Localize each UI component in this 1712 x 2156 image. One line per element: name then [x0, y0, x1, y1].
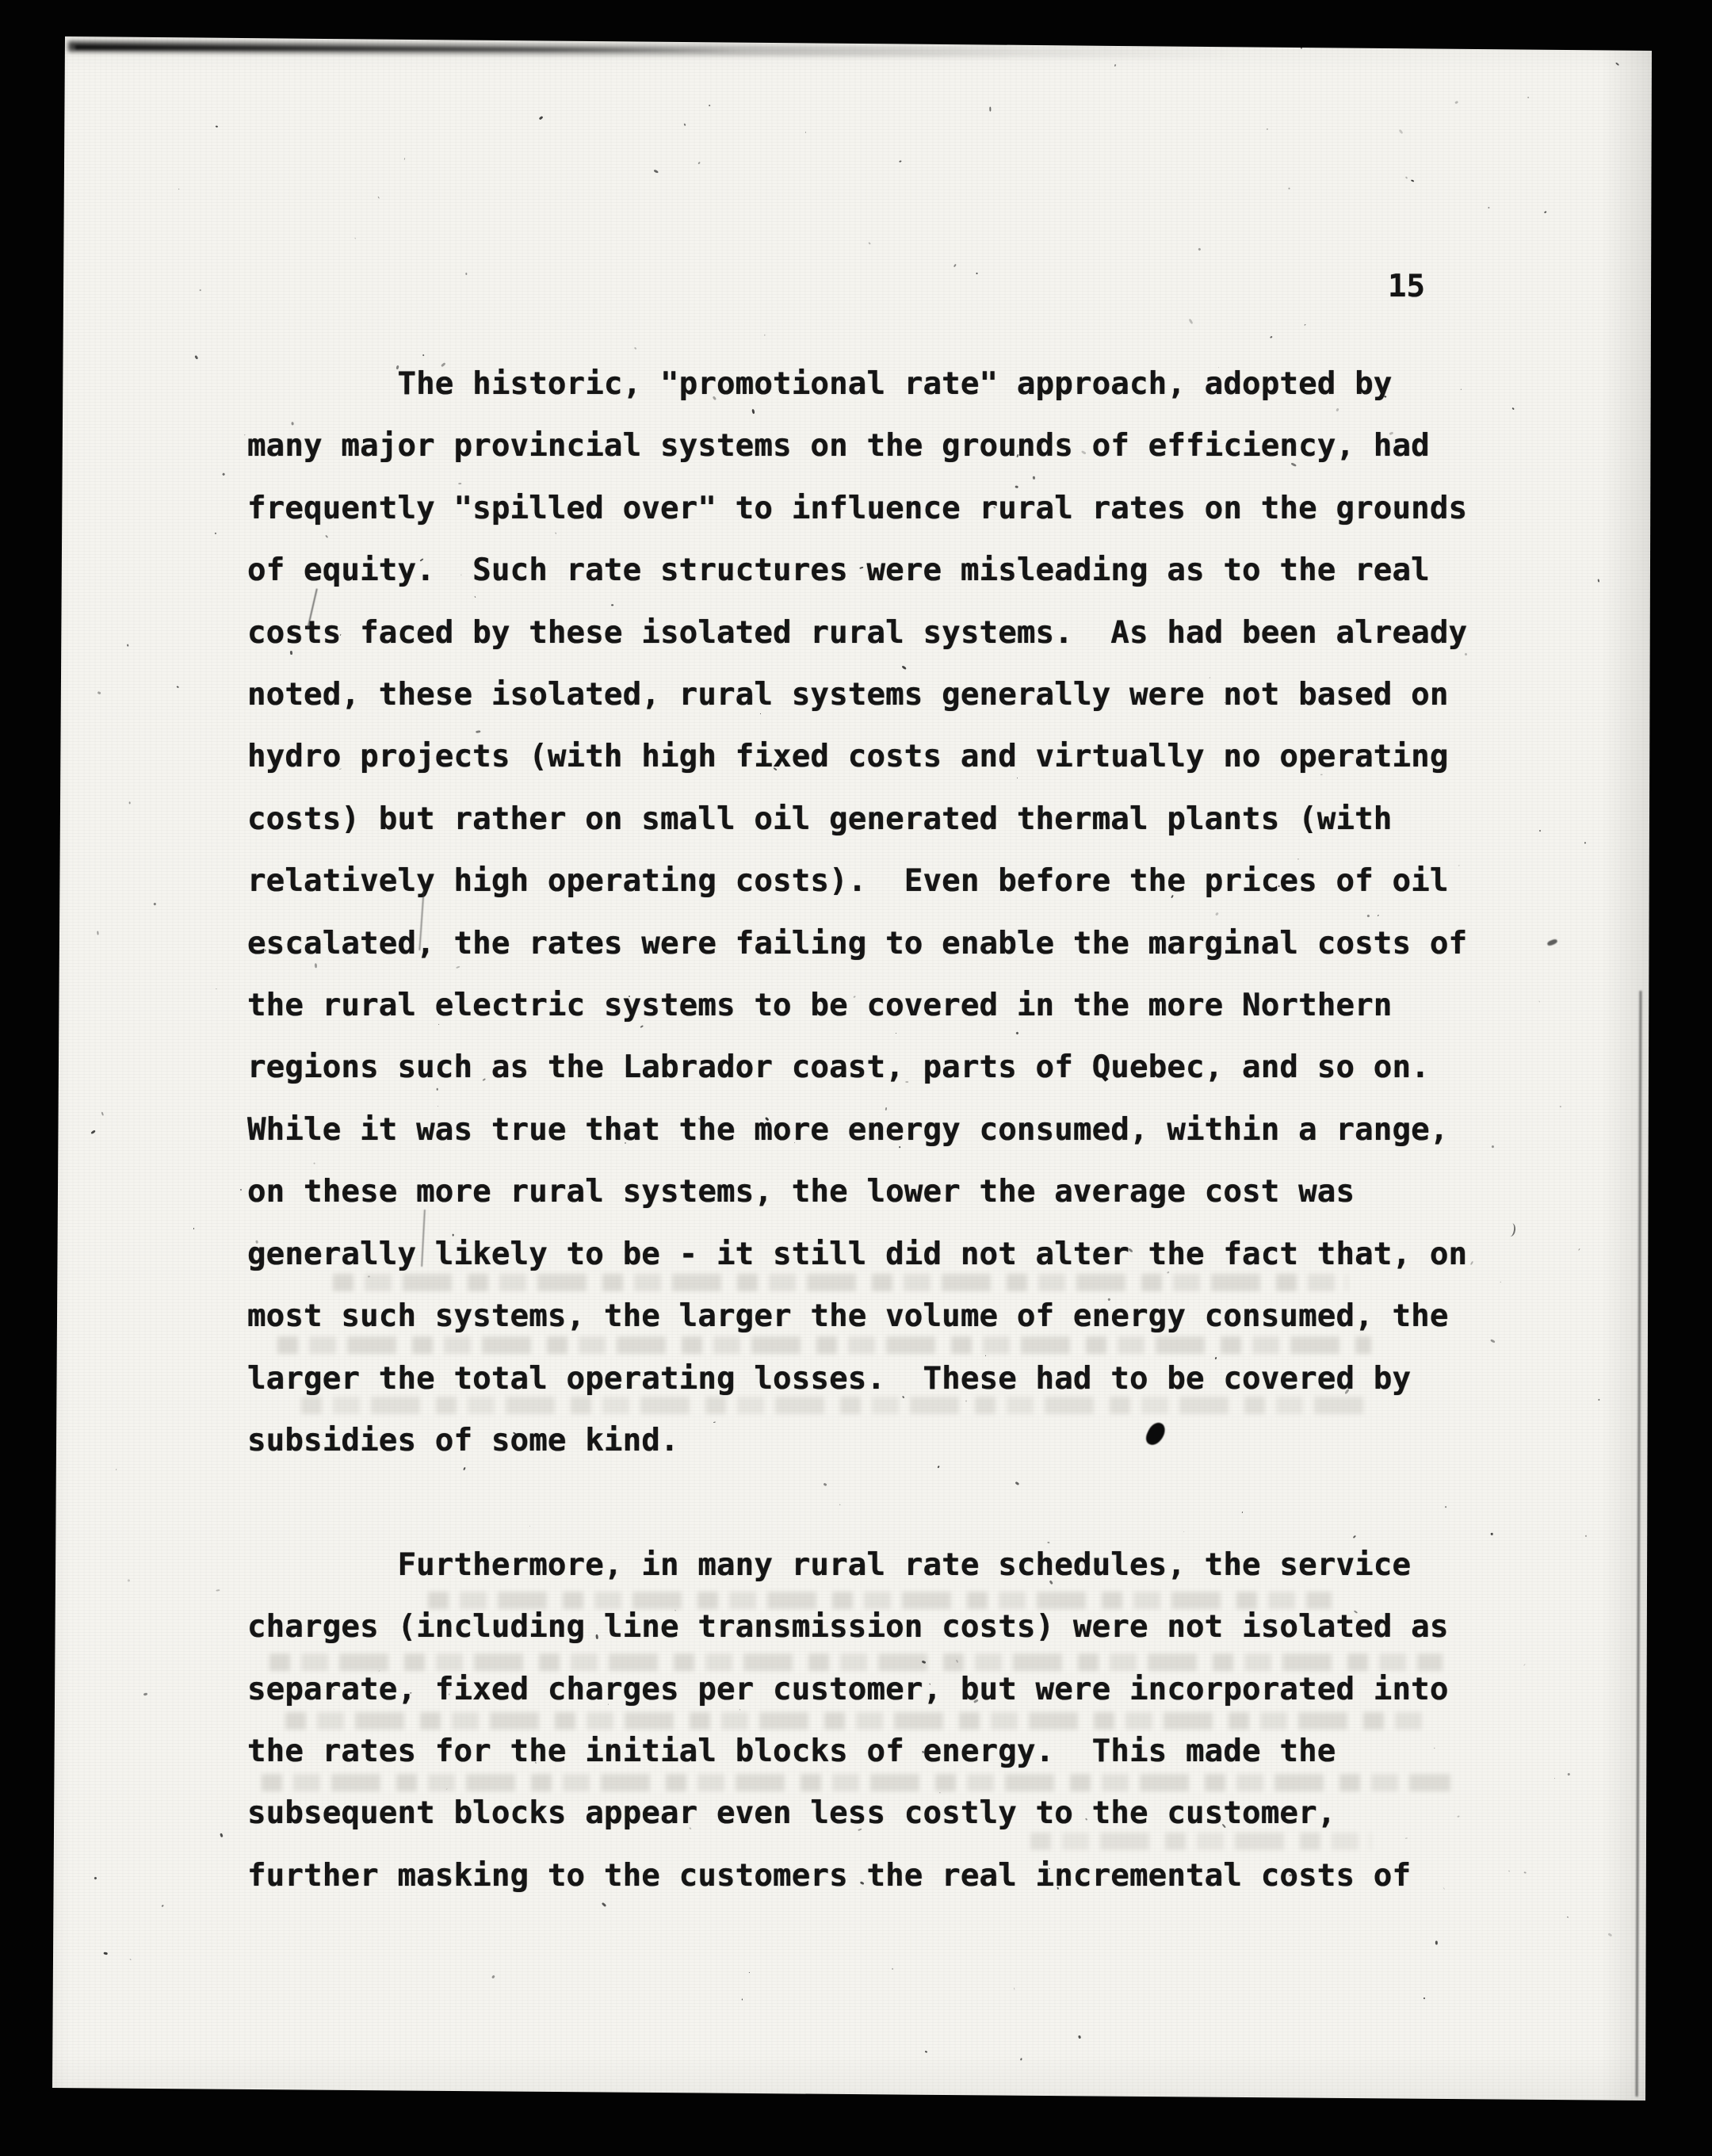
- document-page: 15 The historic, "promotional rate" appr…: [0, 0, 1712, 2156]
- scan-background: 15 The historic, "promotional rate" appr…: [0, 0, 1712, 2156]
- scan-noise: [0, 0, 1712, 2156]
